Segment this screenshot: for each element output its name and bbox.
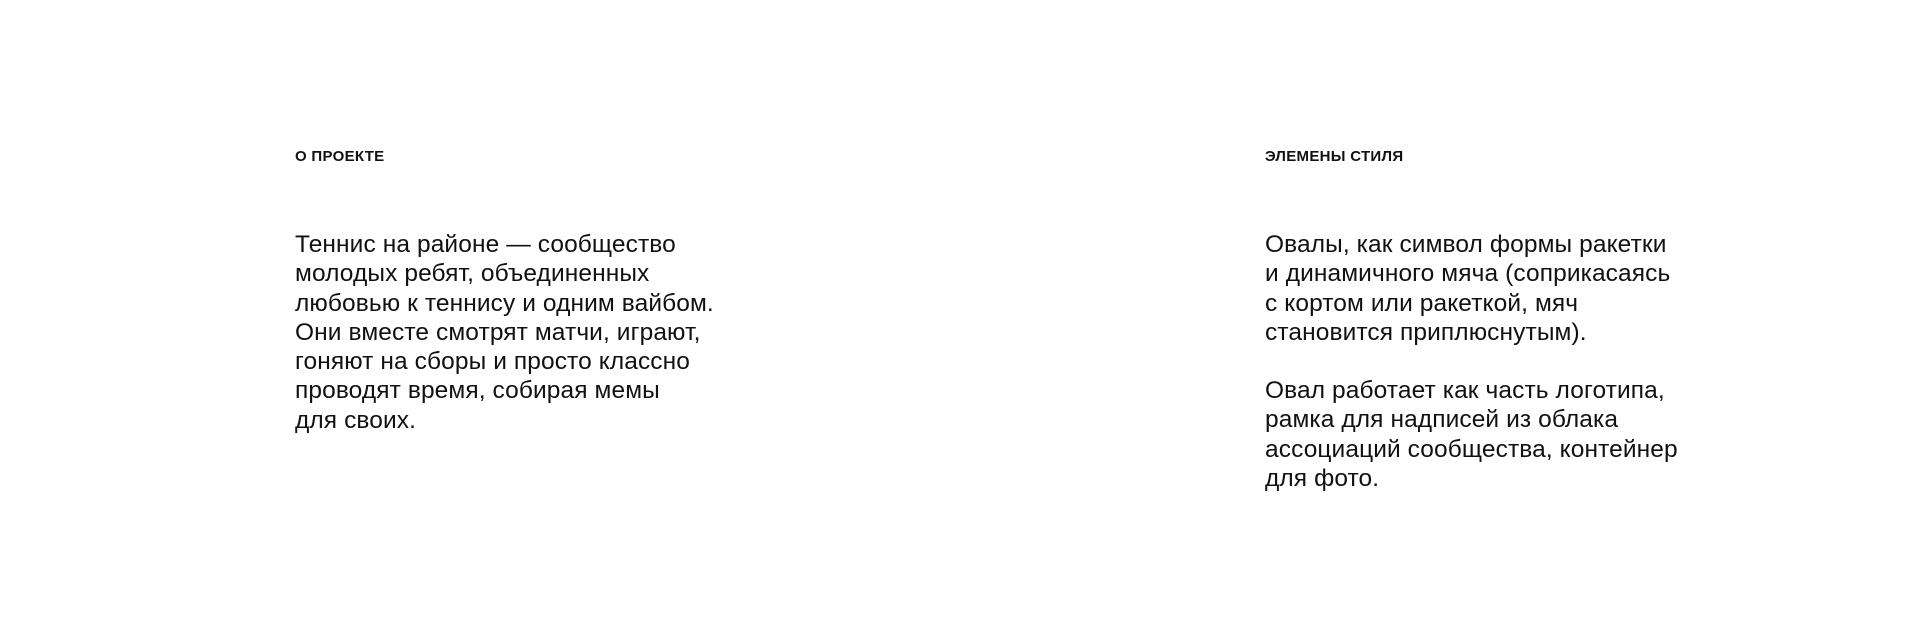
section-paragraph: Теннис на районе — сообщество молодых ре… [295,230,855,435]
style-elements-section: ЭЛЕМЕНЫ СТИЛЯ Овалы, как символ формы ра… [1265,148,1845,493]
section-heading: О ПРОЕКТЕ [295,148,855,166]
section-paragraph: Овал работает как часть логотипа, рамка … [1265,376,1845,493]
section-heading: ЭЛЕМЕНЫ СТИЛЯ [1265,148,1845,166]
section-paragraph: Овалы, как символ формы ракетки и динами… [1265,230,1845,347]
about-project-section: О ПРОЕКТЕ Теннис на районе — сообщество … [295,148,855,435]
